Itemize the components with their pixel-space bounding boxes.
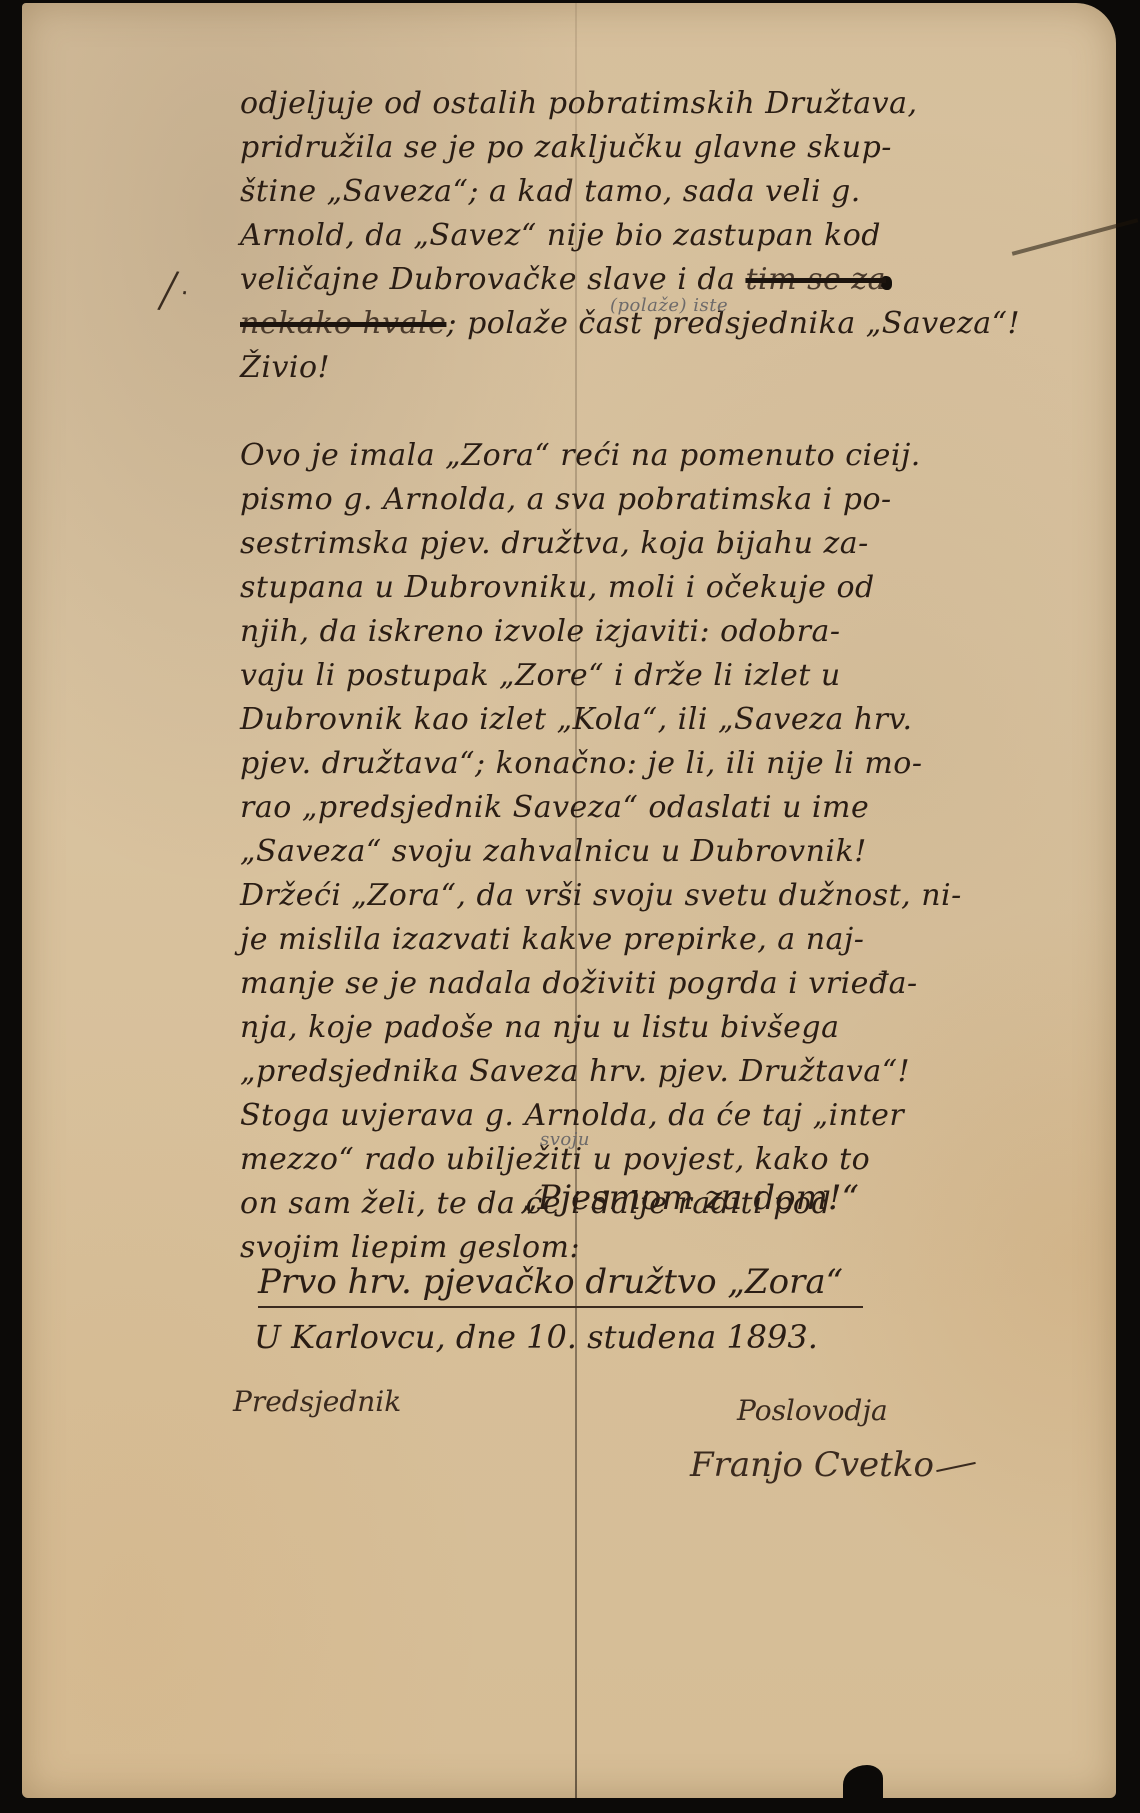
- body-line: Arnold, da „Savez“ nije bio zastupan kod: [240, 214, 1100, 258]
- body-line: Živio!: [240, 346, 1100, 390]
- body-line: Stoga uvjerava g. Arnolda, da će taj „in…: [240, 1094, 1100, 1138]
- sender-line: Prvo hrv. pjevačko družtvo „Zora“: [258, 1262, 863, 1308]
- signature-title-secretary: Poslovodja: [737, 1394, 888, 1427]
- letter-body: odjeljuje od ostalih pobratimskih Družta…: [240, 82, 1100, 1270]
- body-line-text: ; polaže čast predsjednika „Saveza“!: [446, 306, 1020, 341]
- place-date: U Karlovcu, dne 10. studena 1893.: [254, 1318, 818, 1356]
- body-line: njih, da iskreno izvole izjaviti: odobra…: [240, 610, 1100, 654]
- body-line: manje se je nadala doživiti pogrda i vri…: [240, 962, 1100, 1006]
- paper-tear-bottom: [843, 1765, 883, 1798]
- signature-name-secretary: Franjo Cvetko: [690, 1445, 976, 1485]
- body-line: pridružila se je po zaključku glavne sku…: [240, 126, 1100, 170]
- interlinear-insertion: (polaže) iste: [610, 284, 728, 328]
- body-line: pjev. družtava“; konačno: je li, ili nij…: [240, 742, 1100, 786]
- body-line: rao „predsjednik Saveza“ odaslati u ime: [240, 786, 1100, 830]
- body-line: je mislila izazvati kakve prepirke, a na…: [240, 918, 1100, 962]
- body-line: štine „Saveza“; a kad tamo, sada veli g.: [240, 170, 1100, 214]
- body-line: sestrimska pjev. družtva, koja bijahu za…: [240, 522, 1100, 566]
- interlinear-insertion: svoju: [540, 1118, 590, 1162]
- body-line: vaju li postupak „Zore“ i drže li izlet …: [240, 654, 1100, 698]
- body-line: pismo g. Arnolda, a sva pobratimska i po…: [240, 478, 1100, 522]
- paragraph-gap: [240, 390, 1100, 434]
- body-line: „predsjednika Saveza hrv. pjev. Družtava…: [240, 1050, 1100, 1094]
- body-line: nja, koje padoše na nju u listu bivšega: [240, 1006, 1100, 1050]
- body-line: Ovo je imala „Zora“ reći na pomenuto cie…: [240, 434, 1100, 478]
- body-line: Dubrovnik kao izlet „Kola“, ili „Saveza …: [240, 698, 1100, 742]
- body-line: Držeći „Zora“, da vrši svoju svetu dužno…: [240, 874, 1100, 918]
- signature-title-president: Predsjednik: [233, 1385, 401, 1418]
- scan-background: /· odjeljuje od ostalih pobratimskih Dru…: [0, 0, 1140, 1813]
- body-line: odjeljuje od ostalih pobratimskih Družta…: [240, 82, 1100, 126]
- body-line: mezzo“ rado ubilježiti u povjest, kako t…: [240, 1138, 1100, 1182]
- motto: „Pjesmom za dom!“: [520, 1178, 859, 1218]
- body-line: stupana u Dubrovniku, moli i očekuje od: [240, 566, 1100, 610]
- body-line: „Saveza“ svoju zahvalnicu u Dubrovnik!: [240, 830, 1100, 874]
- struck-text: nekako hvale: [240, 306, 446, 341]
- body-line-with-strike: nekako hvale; polaže čast predsjednika „…: [240, 302, 1100, 346]
- struck-text: tim se za: [745, 262, 886, 297]
